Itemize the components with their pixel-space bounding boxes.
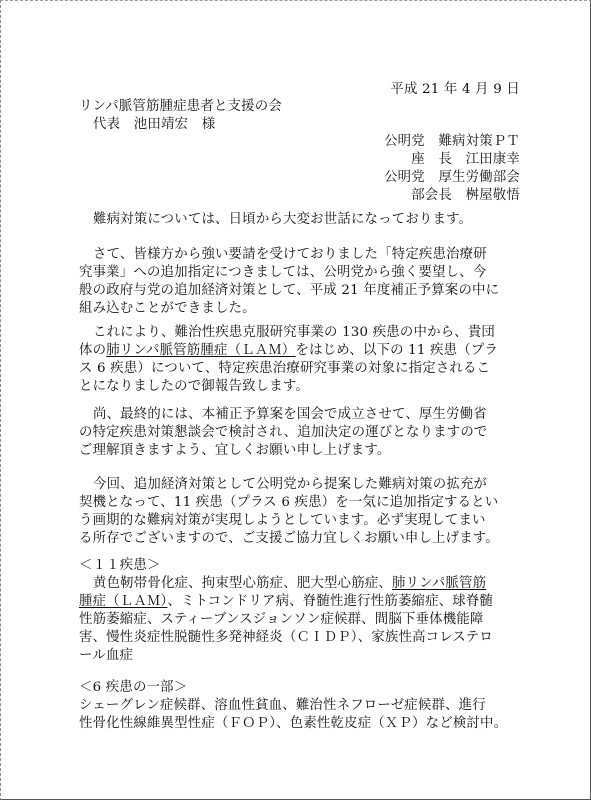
text-segment: 、ミトコンドリア病、脊髄性進行性筋萎縮症、球脊髄 xyxy=(167,594,493,609)
paragraph-line: 契機となって、11 疾患（プラス 6 疾患）を一気に追加指定するとい xyxy=(79,494,498,512)
greeting: 難病対策については、日頃から大変お世話になっております。 xyxy=(93,211,472,229)
underlined-disease-name: 肺リンパ脈管筋腫症（ＬＡＭ） xyxy=(106,343,295,358)
section-line: 性筋萎縮症、スティーブンスジョンソン症候群、間脳下垂体機能障 xyxy=(79,611,484,629)
section-line: ール血症 xyxy=(79,647,133,665)
paragraph-line: 尚、最終的には、本補正予算案を国会で成立させて、厚生労働省 xyxy=(93,406,487,424)
section-heading: ＜6 疾患の一部＞ xyxy=(79,679,187,697)
paragraph-line: 般の政府与党の追加経済対策として、平成 21 年度補正予算案の中に xyxy=(79,282,499,300)
paragraph-line: ご理解頂きますよう、宜しくお願い申し上げます。 xyxy=(79,442,391,460)
section-line: 性骨化性線維異型性症（ＦＯＰ）、色素性乾皮症（ＸＰ）など検討中。 xyxy=(79,715,507,733)
paragraph-line: 体の肺リンパ脈管筋腫症（ＬＡＭ）をはじめ、以下の 11 疾患（プラ xyxy=(79,342,498,360)
section-line: シェーグレン症候群、溶血性貧血、難治性ネフローゼ症候群、進行 xyxy=(79,697,486,715)
text-segment: 体の xyxy=(79,343,106,358)
recipient-organization: リンパ脈管筋腫症患者と支援の会 xyxy=(79,98,282,116)
section-heading: ＜１１疾患＞ xyxy=(79,557,161,575)
paragraph-line: 究事業」への追加指定につきましては、公明党から強く要望し、今 xyxy=(79,264,486,282)
paragraph-line: 組み込むことができました。 xyxy=(79,300,256,318)
sender-line-2: 座 長 江田康幸 xyxy=(411,151,520,169)
underlined-disease-name: 肺リンパ脈管筋 xyxy=(392,576,486,591)
paragraph-line: ス 6 疾患）について、特定疾患治療研究事業の対象に指定されるこ xyxy=(79,360,490,378)
paragraph-line: う画期的な難病対策が実現しようとしています。必ず実現してまい xyxy=(79,512,486,530)
section-line: 黄色靭帯骨化症、拘束型心筋症、肥大型心筋症、肺リンパ脈管筋 xyxy=(93,575,486,593)
paragraph-line: これにより、難治性疾患克服研究事業の 130 疾患の中から、貴団 xyxy=(93,324,495,342)
sender-line-4: 部会長 桝屋敬悟 xyxy=(411,187,520,205)
paragraph-line: さて、皆様方から強い要請を受けておりました「特定疾患治療研 xyxy=(93,246,487,264)
text-segment: 黄色靭帯骨化症、拘束型心筋症、肥大型心筋症、 xyxy=(93,576,392,591)
paragraph-line: の特定疾患対策懇談会で検討され、追加決定の運びとなりますので xyxy=(79,424,488,442)
underlined-disease-name: 腫症（ＬＡＭ） xyxy=(79,594,167,609)
paragraph-line: とになりましたので御報告致します。 xyxy=(79,378,309,396)
sender-line-1: 公明党 難病対策ＰＴ xyxy=(384,133,520,151)
document-page: 平成 21 年 4 月 9 日 リンパ脈管筋腫症患者と支援の会 代表 池田靖宏 … xyxy=(0,0,591,800)
recipient-representative: 代表 池田靖宏 様 xyxy=(93,116,215,134)
sender-line-3: 公明党 厚生労働部会 xyxy=(384,169,520,187)
paragraph-line: る所存でございますので、ご支援ご協力宜しくお願い申し上げます。 xyxy=(79,530,499,548)
section-line: 害、慢性炎症性脱髄性多発神経炎（ＣＩＤＰ）、家族性高コレステロ xyxy=(79,629,493,647)
text-segment: をはじめ、以下の 11 疾患（プラ xyxy=(296,343,499,358)
letter-date: 平成 21 年 4 月 9 日 xyxy=(390,81,520,99)
paragraph-line: 今回、追加経済対策として公明党から提案した難病対策の拡充が xyxy=(93,476,487,494)
section-line: 腫症（ＬＡＭ）、ミトコンドリア病、脊髄性進行性筋萎縮症、球脊髄 xyxy=(79,593,493,611)
